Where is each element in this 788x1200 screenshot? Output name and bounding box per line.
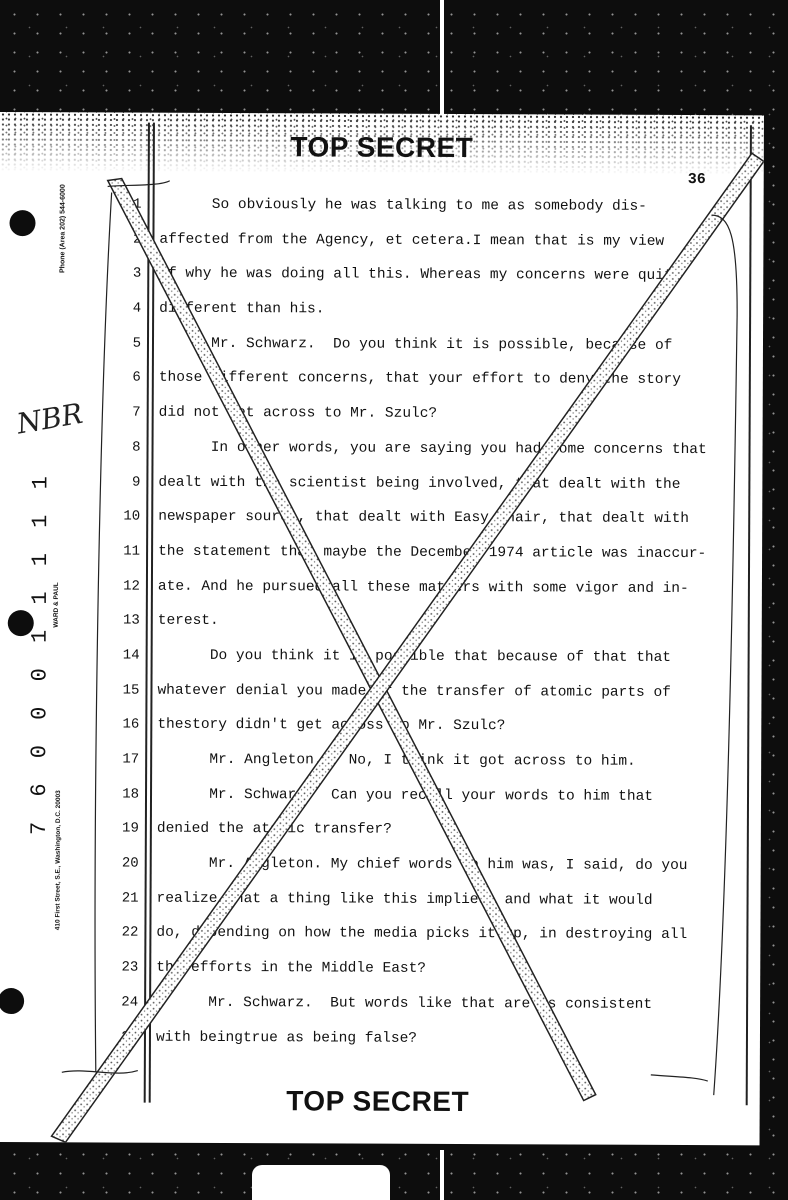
strike-through-x-icon	[0, 112, 764, 1145]
scan-tab	[252, 1165, 390, 1200]
document-page: TOP SECRET 36 Phone (Area 202) 544-6000 …	[0, 112, 764, 1145]
scan-fold-line-bottom	[440, 1150, 444, 1200]
